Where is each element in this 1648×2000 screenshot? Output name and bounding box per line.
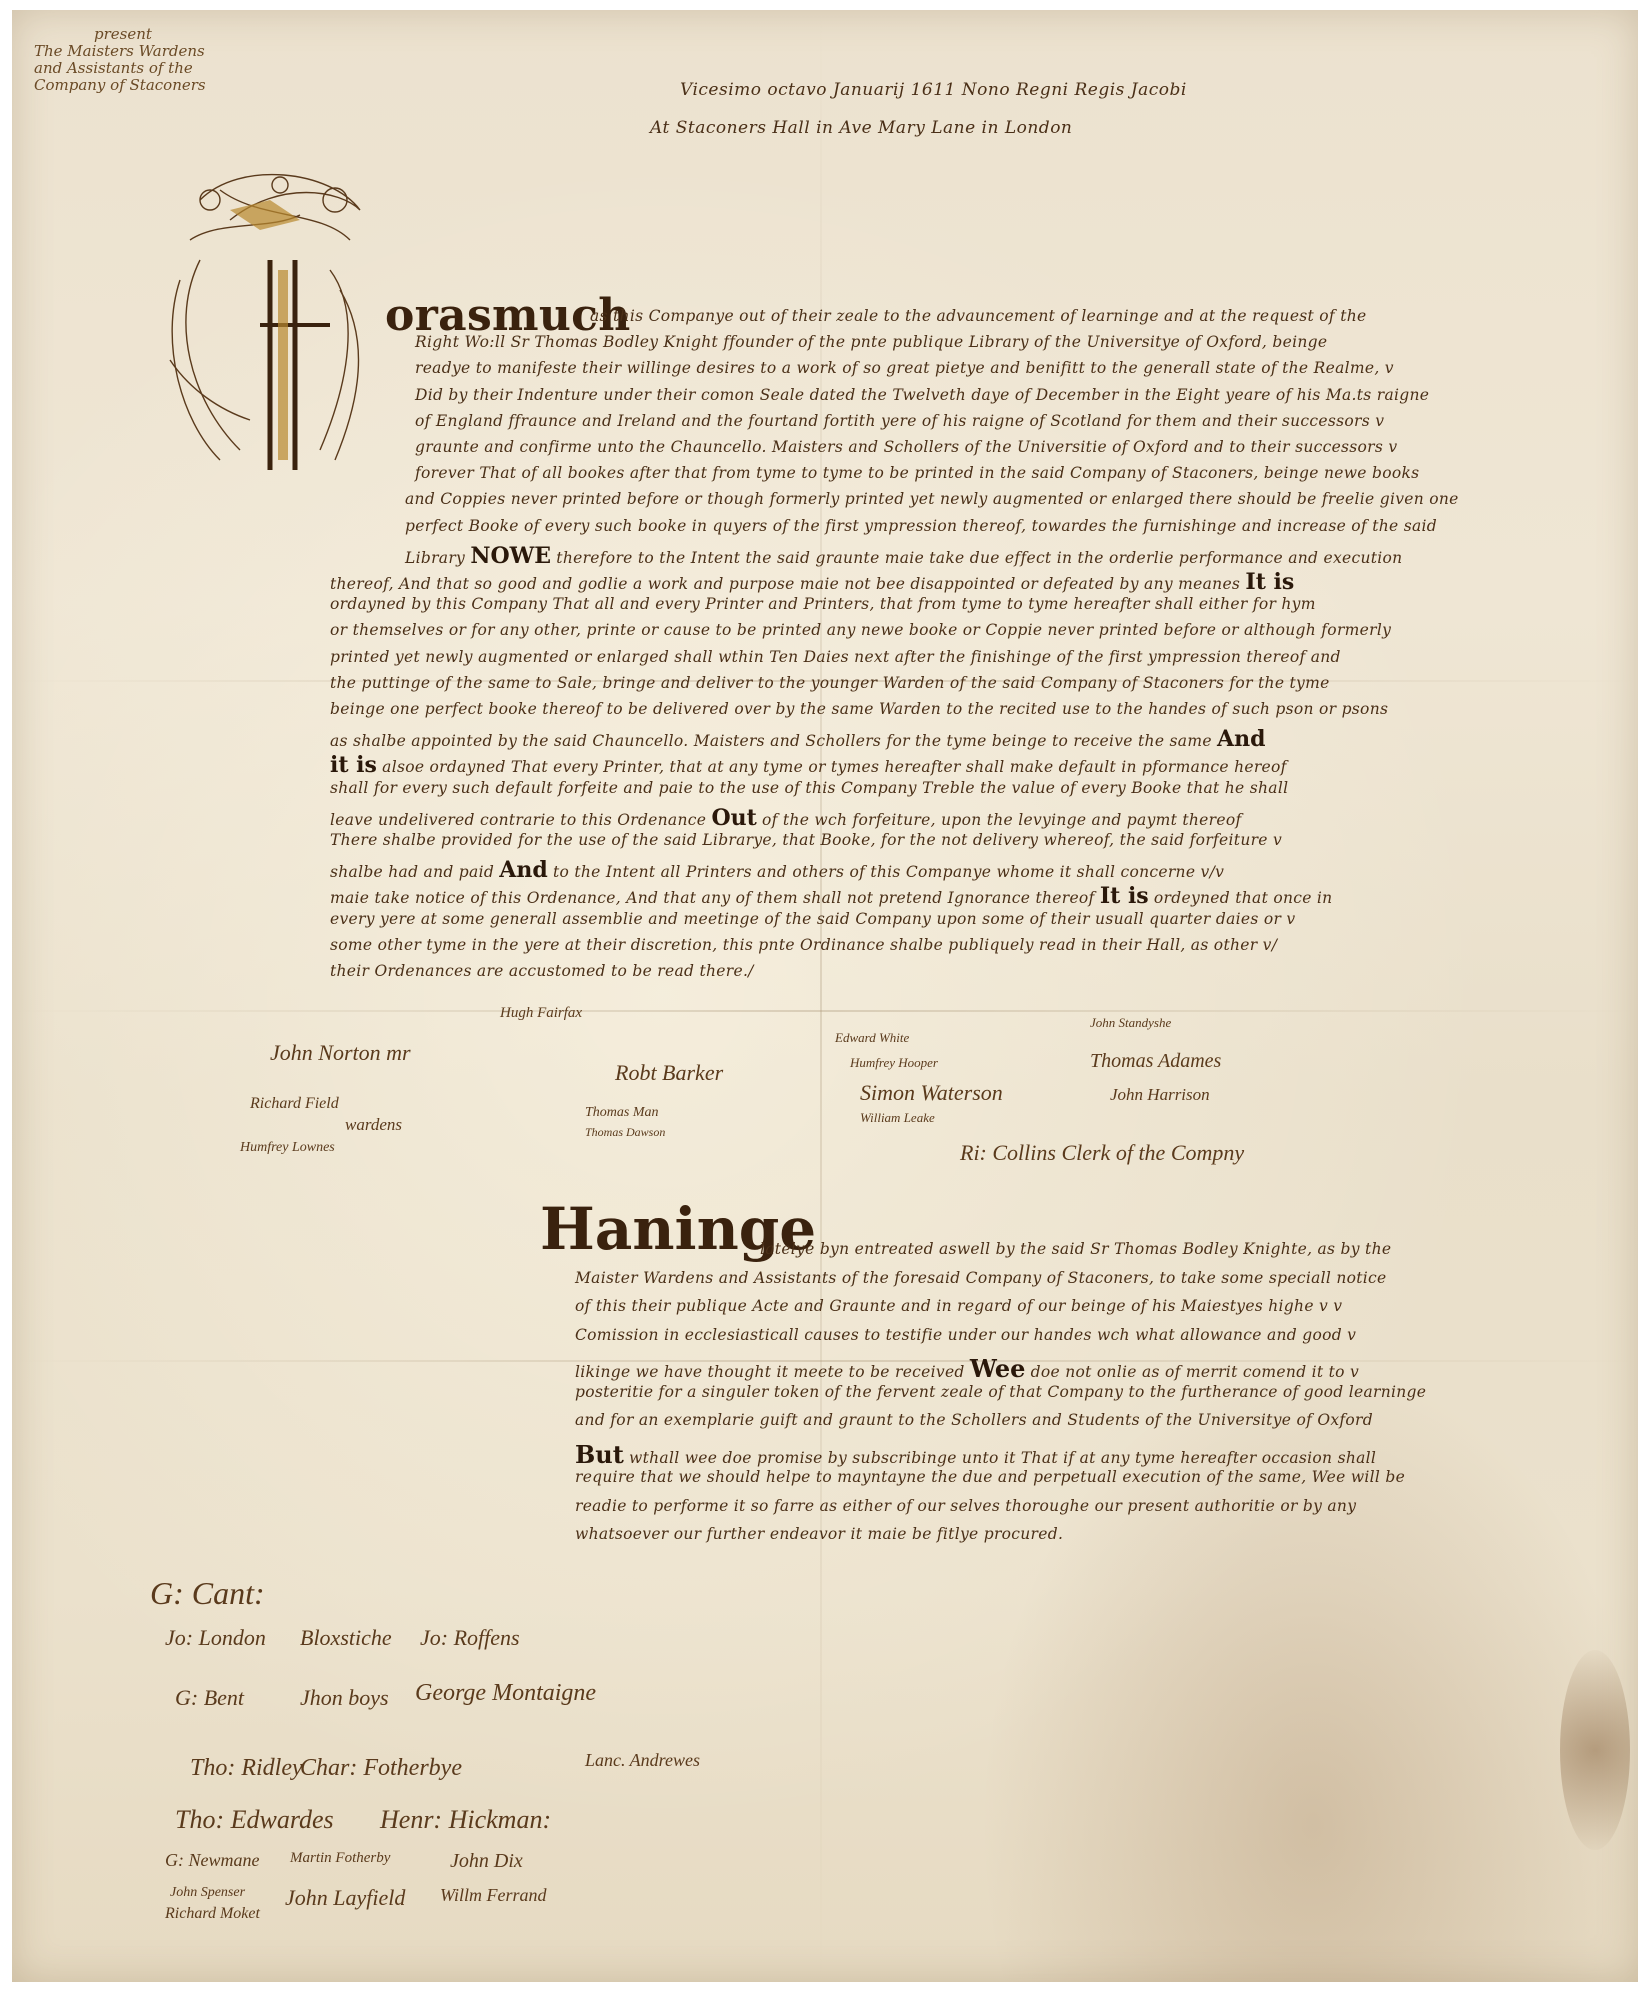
ordinance-line: shall for every such default forfeite an… — [330, 779, 1288, 797]
ordinance-line: as shalbe appointed by the said Chauncel… — [330, 726, 1265, 752]
ordinance-line: it is alsoe ordayned That every Printer,… — [330, 752, 1287, 778]
ordinance-line: readye to manifeste their willinge desir… — [415, 359, 1394, 377]
approval-line: posteritie for a singuler token of the f… — [575, 1383, 1426, 1401]
ordinance-line: Did by their Indenture under their comon… — [415, 386, 1429, 404]
ordinance-line: as this Companye out of their zeale to t… — [590, 307, 1366, 325]
ordinance-line: thereof, And that so good and godlie a w… — [330, 569, 1294, 595]
signature: Ri: Collins Clerk of the Compny — [960, 1140, 1244, 1166]
date-line: Vicesimo octavo Januarij 1611 Nono Regni… — [680, 80, 1187, 100]
approval-line: latelye byn entreated aswell by the said… — [760, 1240, 1391, 1258]
ordinance-line: or themselves or for any other, printe o… — [330, 621, 1391, 639]
signature: John Standyshe — [1090, 1015, 1171, 1031]
signature: Jo: Roffens — [420, 1625, 520, 1651]
signature: Char: Fotherbye — [300, 1755, 462, 1782]
fold-crease — [820, 10, 822, 1982]
signature: John Norton mr — [270, 1040, 411, 1066]
svg-text:F: F — [160, 160, 161, 161]
ordinance-line: their Ordenances are accustomed to be re… — [330, 962, 754, 980]
place-line: At Staconers Hall in Ave Mary Lane in Lo… — [650, 118, 1072, 138]
ordinance-line: shalbe had and paid And to the Intent al… — [330, 857, 1224, 883]
signature: John Dix — [450, 1850, 523, 1873]
ordinance-line: of England ffraunce and Ireland and the … — [415, 412, 1384, 430]
signature: Jo: London — [165, 1625, 266, 1651]
margin-note: present The Maisters Wardens and Assista… — [34, 26, 274, 94]
approval-line: likinge we have thought it meete to be r… — [575, 1354, 1359, 1383]
ordinance-line: maie take notice of this Ordenance, And … — [330, 883, 1332, 909]
ordinance-line: perfect Booke of every such booke in quy… — [405, 517, 1437, 535]
margin-note-line: The Maisters Wardens — [34, 43, 274, 60]
signature: Willm Ferrand — [440, 1885, 547, 1906]
signature: Martin Fotherby — [290, 1850, 390, 1867]
signature: Hugh Fairfax — [500, 1005, 582, 1022]
approval-line: of this their publique Acte and Graunte … — [575, 1297, 1342, 1315]
signature: Tho: Edwardes — [175, 1805, 334, 1835]
signature: Thomas Dawson — [585, 1125, 665, 1140]
signature: Henr: Hickman: — [380, 1805, 551, 1835]
ordinance-line: Right Wo:ll Sr Thomas Bodley Knight ffou… — [415, 333, 1327, 351]
signature: Humfrey Hooper — [850, 1055, 938, 1071]
ordinance-line: There shalbe provided for the use of the… — [330, 831, 1282, 849]
signature: Thomas Man — [585, 1105, 659, 1121]
approval-line: Maister Wardens and Assistants of the fo… — [575, 1269, 1387, 1287]
ordinance-line: forever That of all bookes after that fr… — [415, 464, 1419, 482]
fold-crease — [12, 1010, 1638, 1012]
illuminated-drop-cap-icon: F — [160, 160, 380, 490]
signature: G: Newmane — [165, 1850, 259, 1871]
signature: Lanc. Andrewes — [585, 1750, 700, 1771]
signature: wardens — [345, 1115, 402, 1135]
margin-note-line: and Assistants of the — [34, 60, 274, 77]
approval-line: and for an exemplarie guift and graunt t… — [575, 1411, 1373, 1429]
signature: Robt Barker — [615, 1060, 723, 1086]
signature: Thomas Adames — [1090, 1050, 1221, 1073]
stain — [1560, 1650, 1630, 1850]
ordinance-line: the puttinge of the same to Sale, bringe… — [330, 674, 1330, 692]
ordinance-line: every yere at some generall assemblie an… — [330, 910, 1295, 928]
signature: Edward White — [835, 1030, 909, 1046]
signature: G: Cant: — [150, 1575, 265, 1612]
signature: Richard Moket — [165, 1905, 260, 1923]
approval-line: require that we should helpe to mayntayn… — [575, 1468, 1405, 1486]
signature: Bloxstiche — [300, 1625, 392, 1651]
ordinance-line: some other tyme in the yere at their dis… — [330, 936, 1277, 954]
ordinance-line: graunte and confirme unto the Chauncello… — [415, 438, 1397, 456]
signature: John Harrison — [1110, 1085, 1210, 1105]
approval-line: But wthall wee doe promise by subscribin… — [575, 1440, 1376, 1469]
ordinance-line: ordayned by this Company That all and ev… — [330, 595, 1316, 613]
signature: G: Bent — [175, 1685, 244, 1711]
ordinance-line: Library NOWE therefore to the Intent the… — [405, 543, 1402, 569]
ordinance-line: printed yet newly augmented or enlarged … — [330, 648, 1341, 666]
signature: John Layfield — [285, 1885, 405, 1911]
signature: Richard Field — [250, 1095, 339, 1113]
margin-note-line: Company of Staconers — [34, 77, 274, 94]
signature: Tho: Ridley — [190, 1755, 303, 1782]
approval-line: readie to performe it so farre as either… — [575, 1497, 1356, 1515]
signature: George Montaigne — [415, 1680, 596, 1707]
ordinance-line: leave undelivered contrarie to this Orde… — [330, 805, 1242, 831]
margin-note-line: present — [34, 26, 274, 43]
approval-line: Comission in ecclesiasticall causes to t… — [575, 1326, 1356, 1344]
signature: Simon Waterson — [860, 1080, 1003, 1106]
signature: William Leake — [860, 1110, 935, 1126]
signature: Jhon boys — [300, 1685, 389, 1711]
ordinance-line: and Coppies never printed before or thou… — [405, 490, 1459, 508]
approval-line: whatsoever our further endeavor it maie … — [575, 1525, 1063, 1543]
ordinance-line: beinge one perfect booke thereof to be d… — [330, 700, 1388, 718]
signature: John Spenser — [170, 1885, 245, 1901]
signature: Humfrey Lownes — [240, 1140, 335, 1156]
